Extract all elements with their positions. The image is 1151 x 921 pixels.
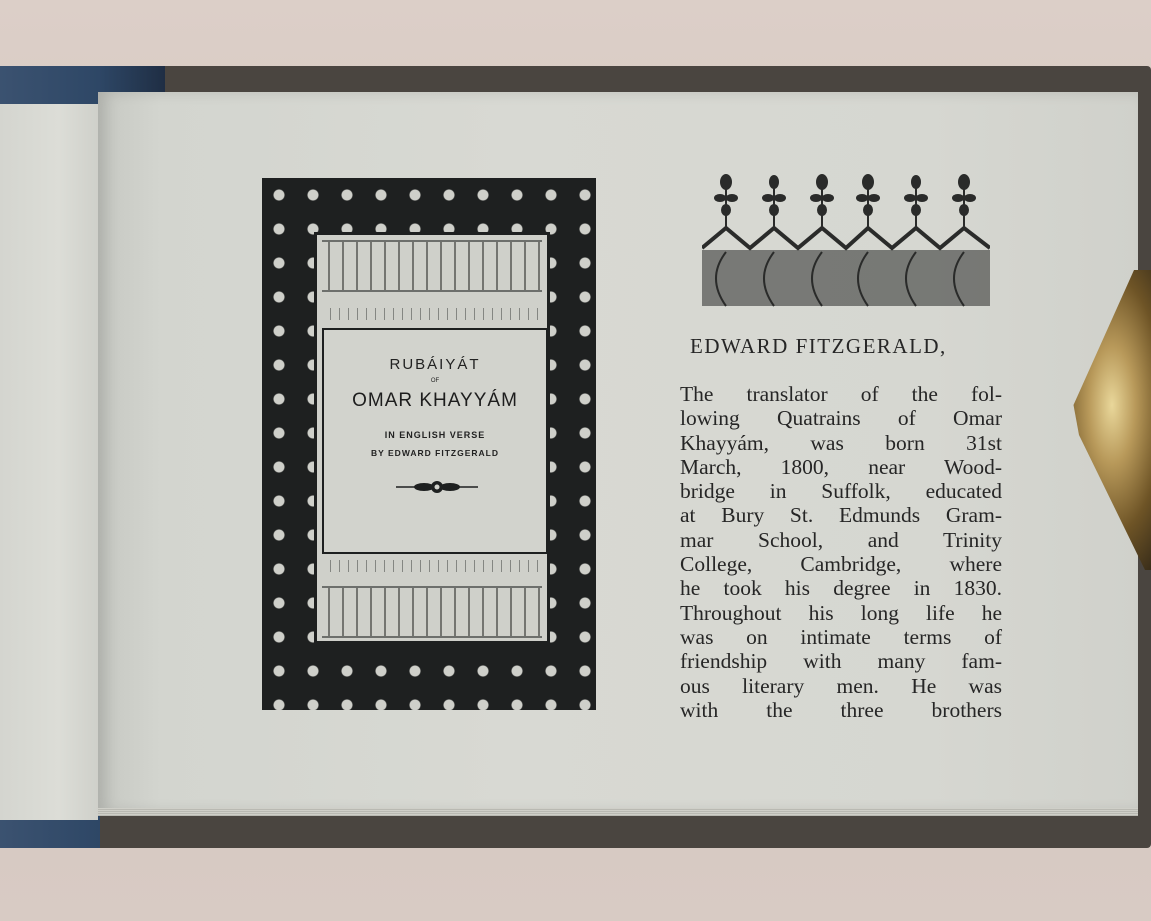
persian-script-band-bottom <box>322 586 542 638</box>
title-rubaiyat: RUBÁIYÁT <box>324 356 546 373</box>
body-line: ous literary men. He was <box>680 674 1002 698</box>
title-box: RUBÁIYÁT OF OMAR KHAYYÁM IN ENGLISH VERS… <box>322 328 548 554</box>
body-line: College, Cambridge, where <box>680 552 1002 576</box>
body-line: Khayyám, was born 31st <box>680 431 1002 455</box>
title-of: OF <box>324 378 546 384</box>
body-line: was on intimate terms of <box>680 625 1002 649</box>
body-paragraph: The translator of the fol- lowing Quatra… <box>680 382 1002 722</box>
subtitle: IN ENGLISH VERSE <box>324 430 546 440</box>
persian-script-band-top <box>322 240 542 292</box>
body-line: with the three brothers <box>680 698 1002 722</box>
body-line: at Bury St. Edmunds Gram- <box>680 503 1002 527</box>
body-line: bridge in Suffolk, educated <box>680 479 1002 503</box>
byline: BY EDWARD FITZGERALD <box>324 448 546 458</box>
floral-headpiece-icon <box>702 168 990 308</box>
persian-script-line-top <box>326 308 540 320</box>
title-omar-khayyam: OMAR KHAYYÁM <box>324 390 546 412</box>
section-heading: EDWARD FITZGERALD, <box>690 334 1010 359</box>
body-line: The translator of the fol- <box>680 382 1002 406</box>
body-line: Throughout his long life he <box>680 601 1002 625</box>
persian-script-line-bottom <box>326 560 540 572</box>
left-page-flap <box>0 104 98 820</box>
body-line: mar School, and Trinity <box>680 528 1002 552</box>
center-ornament-icon <box>396 480 478 494</box>
body-line: March, 1800, near Wood- <box>680 455 1002 479</box>
body-line: he took his degree in 1830. <box>680 576 1002 600</box>
page-edges <box>98 808 1138 816</box>
body-line: friendship with many fam- <box>680 649 1002 673</box>
body-line: lowing Quatrains of Omar <box>680 406 1002 430</box>
